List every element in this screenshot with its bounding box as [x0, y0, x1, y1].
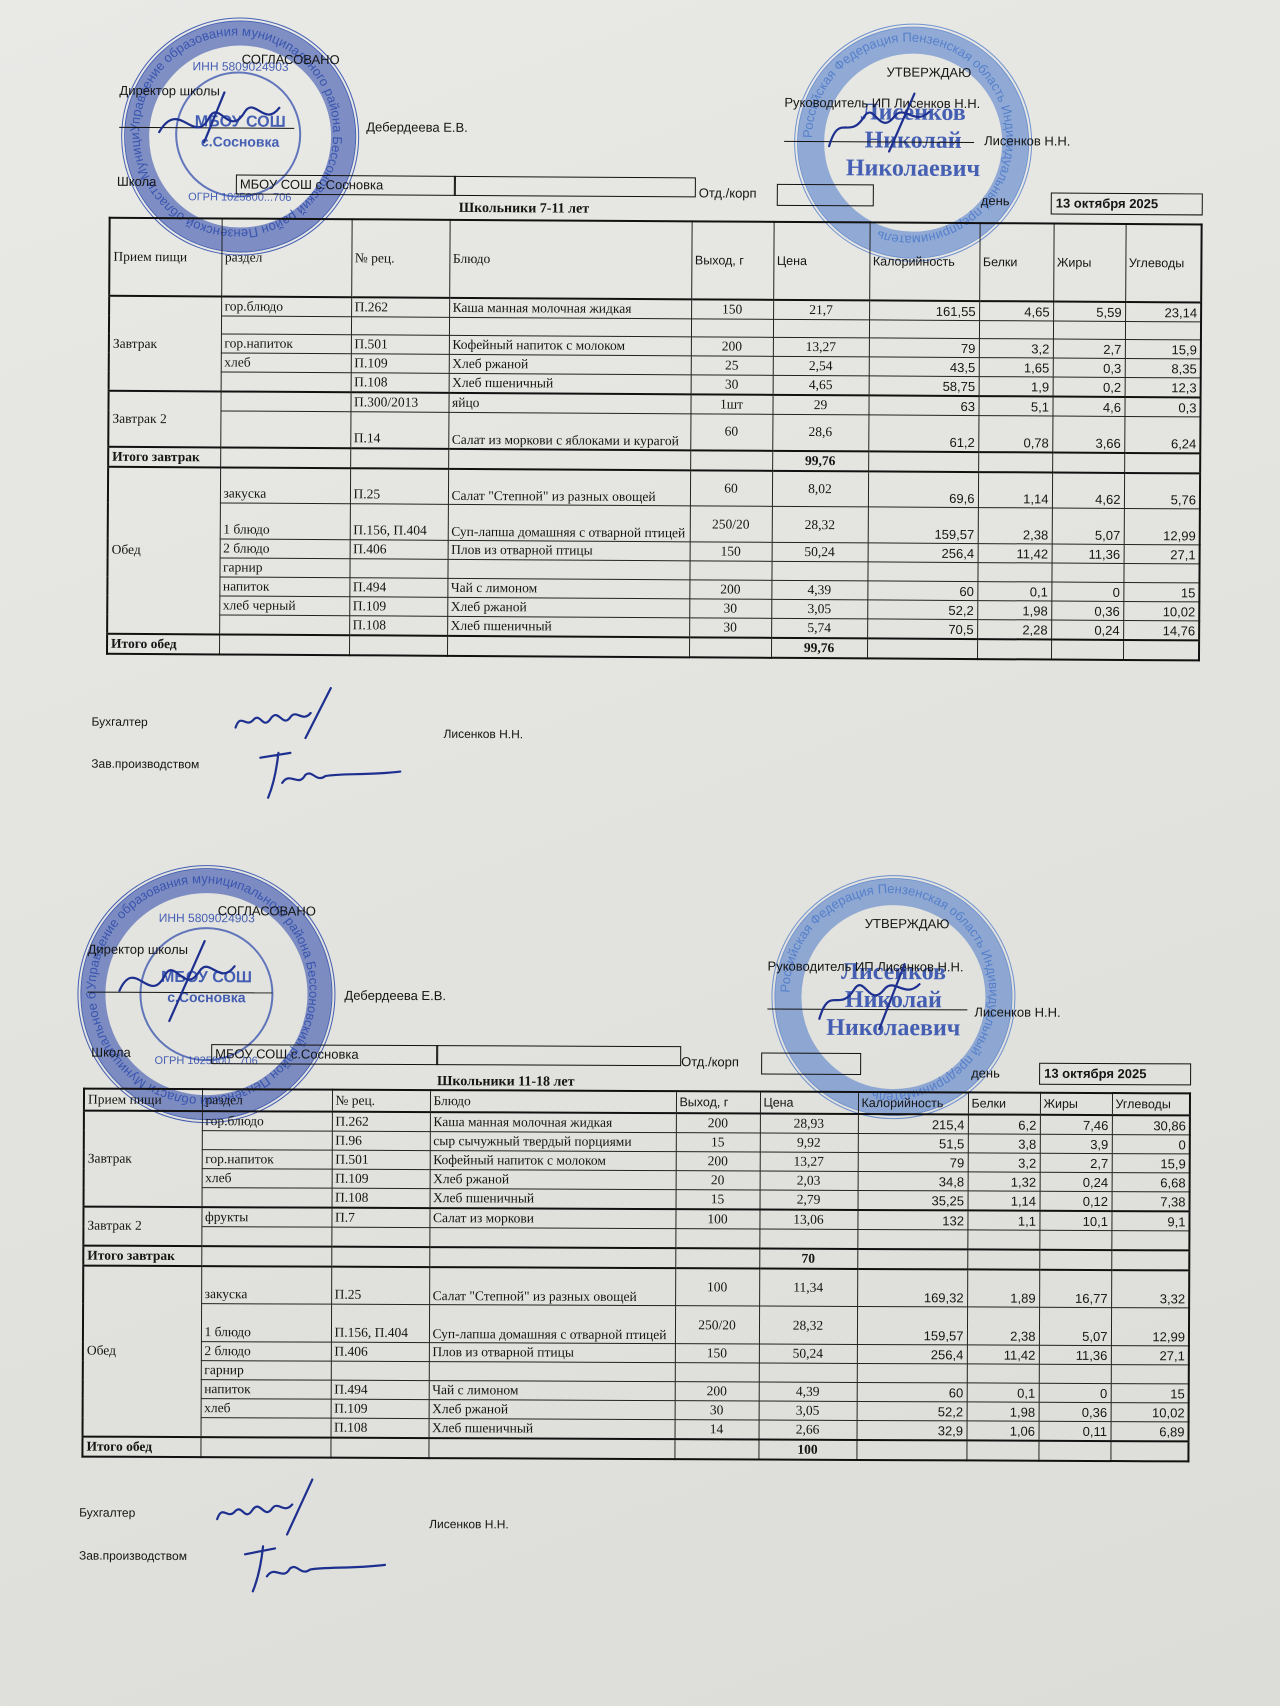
- section-cell: [202, 1131, 332, 1151]
- meal-label: Завтрак: [84, 1111, 202, 1208]
- price-cell: 28,32: [772, 506, 868, 543]
- school-extra-field: [454, 176, 696, 197]
- fat-cell: [1039, 1364, 1111, 1383]
- dish-cell: Хлеб пшеничный: [430, 1189, 676, 1210]
- protein-cell: 2,28: [977, 620, 1051, 640]
- director-name: Дебердеева Е.В.: [366, 119, 468, 135]
- price-cell: 8,02: [772, 470, 868, 507]
- kcal-cell: [857, 1363, 967, 1382]
- fat-cell: 0,36: [1039, 1402, 1111, 1421]
- recipe-cell: П.109: [331, 1399, 429, 1418]
- column-header: Прием пищи: [84, 1089, 202, 1112]
- table-row: 1 блюдоП.156, П.404Суп-лапша домашняя с …: [83, 1303, 1189, 1346]
- fat-cell: 0,2: [1053, 377, 1125, 397]
- approve-heading: УТВЕРЖДАЮ: [865, 916, 950, 931]
- protein-cell: [979, 321, 1053, 339]
- fat-cell: 4,6: [1052, 397, 1124, 417]
- protein-cell: 0,1: [967, 1383, 1039, 1402]
- price-cell: 28,6: [772, 414, 868, 451]
- production-signature: [250, 743, 410, 804]
- dish-cell: Салат "Степной" из разных овощей: [448, 468, 690, 505]
- recipe-cell: П.109: [351, 354, 449, 374]
- kcal-cell: 256,4: [868, 543, 978, 563]
- yield-cell: 60: [690, 470, 772, 507]
- protein-cell: 0,78: [978, 416, 1052, 452]
- section-cell: хлеб: [201, 1399, 331, 1419]
- protein-cell: 3,2: [979, 339, 1053, 358]
- column-header: Прием пищи: [109, 218, 221, 297]
- fat-cell: 5,07: [1039, 1307, 1111, 1345]
- fat-cell: 5,07: [1052, 508, 1124, 544]
- yield-cell: 100: [675, 1268, 759, 1306]
- kcal-cell: 132: [857, 1210, 967, 1230]
- empty-cell: [689, 637, 771, 658]
- dish-cell: Хлеб пшеничный: [429, 1419, 675, 1440]
- dish-cell: Суп-лапша домашняя с отварной птицей: [429, 1305, 675, 1344]
- yield-cell: 15: [676, 1190, 760, 1210]
- empty-cell: [429, 1247, 675, 1268]
- empty-cell: [1038, 1441, 1110, 1461]
- kcal-cell: 61,2: [868, 415, 978, 452]
- recipe-cell: П.494: [349, 578, 447, 598]
- yield-cell: 200: [689, 580, 771, 600]
- dish-cell: Чай с лимоном: [429, 1381, 675, 1401]
- price-cell: 28,32: [759, 1306, 857, 1344]
- section-cell: 1 блюдо: [201, 1304, 331, 1343]
- price-cell: 11,34: [759, 1268, 857, 1306]
- total-label: Итого завтрак: [108, 446, 220, 467]
- column-header: Калорийность: [858, 1092, 968, 1114]
- recipe-cell: П.501: [332, 1150, 430, 1169]
- dish-cell: Суп-лапша домашняя с отварной птицей: [448, 504, 690, 541]
- carbs-cell: [1111, 1231, 1189, 1250]
- dept-label: Отд./корп: [699, 185, 757, 200]
- empty-cell: [868, 451, 978, 472]
- dept-label: Отд./корп: [681, 1054, 739, 1069]
- empty-cell: [200, 1437, 330, 1458]
- price-cell: 50,24: [759, 1344, 857, 1363]
- meal-label: Обед: [83, 1265, 202, 1437]
- head-name: Лисенков Н.Н.: [984, 133, 1070, 149]
- protein-cell: 1,1: [967, 1210, 1039, 1230]
- recipe-cell: [351, 317, 449, 336]
- kcal-cell: 79: [869, 338, 979, 358]
- recipe-cell: П.406: [350, 540, 448, 560]
- column-header: Блюдо: [430, 1090, 676, 1113]
- yield-cell: 30: [689, 618, 771, 638]
- kcal-cell: 58,75: [869, 376, 979, 396]
- total-price: 99,76: [771, 638, 867, 659]
- price-cell: 13,27: [760, 1152, 858, 1171]
- dish-cell: Чай с лимоном: [447, 578, 689, 598]
- menu-table-7-11: Прием пищираздел№ рец.БлюдоВыход, гЦенаК…: [106, 217, 1203, 662]
- price-cell: 13,27: [773, 337, 869, 357]
- section-cell: фрукты: [201, 1207, 331, 1227]
- agreed-heading: СОГЛАСОВАНО: [242, 52, 340, 68]
- section-cell: хлеб: [221, 353, 351, 373]
- dish-cell: Хлеб ржаной: [429, 1400, 675, 1420]
- empty-cell: [674, 1439, 758, 1459]
- day-value: 13 октября 2025: [1056, 196, 1158, 212]
- column-header: Жиры: [1040, 1093, 1112, 1115]
- dish-cell: Каша манная молочная жидкая: [449, 298, 691, 319]
- recipe-cell: П.501: [351, 335, 449, 355]
- fat-cell: 2,7: [1040, 1153, 1112, 1172]
- total-row: Итого обед100: [82, 1437, 1188, 1462]
- price-cell: 4,65: [773, 375, 869, 395]
- protein-cell: 1,89: [967, 1269, 1039, 1307]
- recipe-cell: П.406: [331, 1342, 429, 1361]
- yield-cell: [691, 319, 773, 338]
- fat-cell: 4,62: [1052, 472, 1124, 508]
- school-label: Школа: [91, 1045, 131, 1060]
- carbs-cell: 15,9: [1112, 1154, 1190, 1173]
- day-value: 13 октября 2025: [1044, 1066, 1146, 1081]
- column-header: Углеводы: [1112, 1093, 1190, 1115]
- dept-field: [777, 184, 874, 207]
- kcal-cell: 32,9: [857, 1420, 967, 1440]
- empty-cell: [330, 1438, 428, 1458]
- section-cell: [220, 391, 350, 411]
- section-cell: [221, 316, 351, 335]
- dish-cell: Хлеб ржаной: [449, 354, 691, 374]
- empty-cell: [201, 1246, 331, 1267]
- day-field: 13 октября 2025: [1051, 193, 1203, 216]
- protein-cell: 3,8: [968, 1134, 1040, 1153]
- carbs-cell: 5,76: [1124, 472, 1200, 508]
- recipe-cell: П.109: [349, 597, 447, 617]
- kcal-cell: 256,4: [857, 1344, 967, 1363]
- section-cell: [221, 372, 351, 392]
- carbs-cell: 30,86: [1112, 1115, 1190, 1135]
- section-cell: 1 блюдо: [220, 503, 350, 540]
- meal-label: Завтрак: [109, 296, 222, 392]
- price-cell: 21,7: [773, 300, 869, 320]
- price-cell: 5,74: [771, 618, 867, 638]
- fat-cell: 0,11: [1039, 1421, 1111, 1441]
- yield-cell: [675, 1363, 759, 1382]
- dish-cell: Салат из моркови: [429, 1208, 675, 1229]
- fat-cell: 0,36: [1051, 601, 1123, 620]
- recipe-cell: [331, 1361, 429, 1380]
- yield-cell: 60: [690, 414, 772, 451]
- protein-cell: [967, 1230, 1039, 1249]
- protein-cell: 11,42: [978, 544, 1052, 563]
- dish-cell: Кофейный напиток с молоком: [430, 1151, 676, 1171]
- protein-cell: 3,2: [968, 1153, 1040, 1172]
- recipe-cell: П.25: [331, 1266, 429, 1304]
- fat-cell: 0: [1039, 1383, 1111, 1402]
- section-cell: хлеб: [202, 1169, 332, 1189]
- price-cell: 28,93: [760, 1114, 858, 1134]
- dish-cell: Хлеб ржаной: [430, 1170, 676, 1190]
- recipe-cell: П.25: [350, 468, 448, 505]
- kcal-cell: 169,32: [857, 1268, 967, 1306]
- school-extra-field: [436, 1045, 681, 1066]
- yield-cell: 200: [676, 1152, 760, 1171]
- column-header: Цена: [760, 1092, 858, 1114]
- recipe-cell: П.108: [351, 373, 449, 393]
- column-header: Блюдо: [449, 220, 691, 299]
- empty-cell: [1052, 452, 1124, 472]
- recipe-cell: П.108: [349, 616, 447, 636]
- empty-cell: [977, 639, 1051, 659]
- protein-cell: 5,1: [978, 396, 1052, 416]
- school-field: МБОУ СОШ с.Сосновка: [211, 1044, 438, 1065]
- protein-cell: 1,98: [967, 1402, 1039, 1421]
- kcal-cell: 159,57: [857, 1306, 967, 1344]
- fat-cell: 0,24: [1051, 620, 1123, 640]
- column-header: Выход, г: [676, 1091, 760, 1113]
- price-cell: 2,03: [760, 1171, 858, 1190]
- yield-cell: 20: [676, 1171, 760, 1190]
- kcal-cell: 69,6: [868, 471, 978, 508]
- recipe-cell: П.14: [350, 412, 448, 449]
- section-cell: хлеб черный: [219, 596, 349, 616]
- recipe-cell: П.108: [331, 1418, 429, 1438]
- section-cell: напиток: [219, 577, 349, 597]
- yield-cell: [689, 561, 771, 581]
- yield-cell: 100: [675, 1209, 759, 1229]
- protein-cell: 11,42: [967, 1345, 1039, 1364]
- section-cell: [220, 411, 350, 448]
- section-cell: гор.напиток: [202, 1150, 332, 1170]
- empty-cell: [978, 452, 1052, 472]
- section-cell: [201, 1418, 331, 1438]
- price-cell: 3,05: [771, 599, 867, 619]
- protein-cell: 4,65: [979, 301, 1053, 321]
- dish-cell: [429, 1362, 675, 1382]
- protein-cell: 1,06: [967, 1421, 1039, 1441]
- empty-cell: [966, 1440, 1038, 1460]
- recipe-cell: П.96: [332, 1131, 430, 1150]
- empty-cell: [856, 1440, 966, 1460]
- yield-cell: 250/20: [675, 1306, 759, 1344]
- empty-cell: [675, 1248, 759, 1268]
- dept-field: [761, 1053, 861, 1075]
- head-signature: [809, 959, 929, 1040]
- dish-cell: Салат из моркови с яблоками и курагой: [448, 412, 690, 449]
- protein-cell: 6,2: [968, 1114, 1040, 1134]
- price-cell: [759, 1229, 857, 1248]
- table-header-row: Прием пищираздел№ рец.БлюдоВыход, гЦенаК…: [109, 218, 1201, 303]
- price-cell: 2,54: [773, 356, 869, 376]
- section-cell: гор.напиток: [221, 334, 351, 354]
- menu-sheet-7-11: Управление образования муниципального ра…: [0, 0, 1280, 4]
- section-cell: гарнир: [219, 558, 349, 578]
- agreed-heading: СОГЛАСОВАНО: [218, 903, 316, 918]
- section-cell: [202, 1188, 332, 1208]
- kcal-cell: 60: [867, 581, 977, 601]
- empty-cell: [1123, 640, 1199, 660]
- dish-cell: сыр сычужный твердый порциями: [430, 1132, 676, 1152]
- yield-cell: 1шт: [690, 394, 772, 414]
- fat-cell: [1039, 1230, 1111, 1249]
- school-value: МБОУ СОШ с.Сосновка: [240, 177, 383, 193]
- kcal-cell: 34,8: [858, 1171, 968, 1190]
- accountant-name: Лисенков Н.Н.: [429, 1517, 509, 1531]
- price-cell: 9,92: [760, 1133, 858, 1152]
- age-group-title: Школьники 7-11 лет: [459, 201, 590, 218]
- section-cell: [201, 1227, 331, 1247]
- kcal-cell: [857, 1229, 967, 1248]
- price-cell: [773, 319, 869, 338]
- protein-cell: 1,14: [978, 472, 1052, 508]
- empty-cell: [220, 447, 350, 468]
- carbs-cell: 3,32: [1111, 1270, 1189, 1308]
- total-price: 100: [758, 1440, 856, 1460]
- yield-cell: 30: [691, 375, 773, 395]
- dish-cell: [449, 317, 691, 336]
- protein-cell: 1,32: [968, 1172, 1040, 1191]
- carbs-cell: 0: [1112, 1135, 1190, 1154]
- carbs-cell: 6,68: [1112, 1173, 1190, 1192]
- empty-cell: [350, 448, 448, 469]
- price-cell: 2,66: [759, 1420, 857, 1440]
- approve-heading: УТВЕРЖДАЮ: [887, 65, 972, 81]
- dish-cell: [447, 559, 689, 579]
- yield-cell: 30: [689, 599, 771, 619]
- column-header: Калорийность: [869, 222, 979, 301]
- meal-label: Завтрак 2: [108, 391, 220, 447]
- column-header: Жиры: [1053, 224, 1125, 302]
- yield-cell: 15: [676, 1133, 760, 1152]
- dish-cell: [429, 1228, 675, 1248]
- yield-cell: 200: [676, 1113, 760, 1133]
- kcal-cell: [867, 562, 977, 582]
- yield-cell: 150: [675, 1344, 759, 1363]
- carbs-cell: 10,02: [1111, 1403, 1189, 1422]
- yield-cell: 200: [675, 1382, 759, 1401]
- fat-cell: 16,77: [1039, 1269, 1111, 1307]
- section-cell: [219, 615, 349, 635]
- dish-cell: Хлеб пшеничный: [449, 373, 691, 394]
- recipe-cell: П.494: [331, 1380, 429, 1399]
- carbs-cell: 7,38: [1112, 1192, 1190, 1212]
- total-price: 99,76: [772, 450, 868, 471]
- recipe-cell: [349, 559, 447, 579]
- empty-cell: [690, 450, 772, 471]
- recipe-cell: П.156, П.404: [331, 1304, 429, 1342]
- carbs-cell: 12,99: [1124, 508, 1200, 544]
- recipe-cell: П.262: [332, 1112, 430, 1132]
- empty-cell: [967, 1249, 1039, 1269]
- fat-cell: 11,36: [1039, 1345, 1111, 1364]
- total-label: Итого обед: [82, 1437, 200, 1458]
- yield-cell: 25: [691, 356, 773, 376]
- yield-cell: 150: [690, 542, 772, 562]
- menu-sheet-11-18: Управление образования муниципального ра…: [0, 865, 1280, 871]
- protein-cell: [967, 1364, 1039, 1383]
- carbs-cell: 10,02: [1123, 601, 1199, 620]
- price-cell: 4,39: [771, 580, 867, 600]
- meal-label: Обед: [107, 466, 220, 634]
- column-header: раздел: [221, 218, 351, 297]
- dish-cell: Плов из отварной птицы: [448, 540, 690, 560]
- price-cell: 4,39: [759, 1382, 857, 1401]
- recipe-cell: П.262: [351, 297, 449, 317]
- meal-label: Завтрак 2: [83, 1207, 201, 1246]
- protein-cell: 1,65: [979, 358, 1053, 377]
- director-signature: [109, 936, 249, 1027]
- fat-cell: 7,46: [1040, 1115, 1112, 1135]
- head-name: Лисенков Н.Н.: [974, 1004, 1060, 1019]
- production-signature: [235, 1534, 395, 1595]
- dish-cell: яйцо: [448, 393, 690, 414]
- protein-cell: 1,14: [968, 1191, 1040, 1211]
- accountant-name: Лисенков Н.Н.: [443, 727, 523, 741]
- section-cell: гор.блюдо: [221, 296, 351, 316]
- kcal-cell: 51,5: [858, 1133, 968, 1152]
- dish-cell: Салат "Степной" из разных овощей: [429, 1267, 675, 1306]
- price-cell: 29: [772, 395, 868, 415]
- fat-cell: [1051, 563, 1123, 582]
- fat-cell: 5,59: [1053, 302, 1125, 322]
- fat-cell: 0,3: [1053, 358, 1125, 377]
- column-header: Выход, г: [691, 221, 773, 299]
- protein-cell: 2,38: [967, 1307, 1039, 1345]
- empty-cell: [219, 634, 349, 655]
- price-cell: 50,24: [772, 542, 868, 562]
- kcal-cell: [869, 320, 979, 339]
- table-row: ОбедзакускаП.25Салат "Степной" из разных…: [83, 1265, 1189, 1308]
- kcal-cell: 63: [868, 395, 978, 415]
- empty-cell: [1051, 640, 1123, 660]
- fat-cell: 11,36: [1052, 544, 1124, 563]
- production-label: Зав.производством: [79, 1549, 187, 1563]
- carbs-cell: 23,14: [1125, 302, 1201, 322]
- column-header: Белки: [968, 1092, 1040, 1114]
- kcal-cell: 215,4: [858, 1114, 968, 1134]
- menu-table-11-18: Прием пищираздел№ рец.БлюдоВыход, гЦенаК…: [81, 1088, 1191, 1463]
- kcal-cell: 159,57: [868, 507, 978, 544]
- recipe-cell: [331, 1227, 429, 1246]
- price-cell: [771, 561, 867, 581]
- section-cell: закуска: [201, 1266, 331, 1305]
- section-cell: гарнир: [201, 1361, 331, 1381]
- recipe-cell: П.109: [332, 1169, 430, 1188]
- fat-cell: 3,66: [1052, 416, 1124, 452]
- empty-cell: [349, 635, 447, 656]
- price-cell: 3,05: [759, 1401, 857, 1420]
- head-signature: [819, 91, 939, 162]
- column-header: № рец.: [332, 1090, 430, 1112]
- carbs-cell: 9,1: [1111, 1211, 1189, 1231]
- empty-cell: [428, 1438, 674, 1459]
- empty-cell: [857, 1248, 967, 1268]
- empty-cell: [447, 636, 689, 657]
- director-signature: [149, 87, 289, 158]
- fat-cell: 0: [1051, 582, 1123, 601]
- fat-cell: 10,1: [1039, 1211, 1111, 1231]
- kcal-cell: 161,55: [869, 300, 979, 320]
- price-cell: 2,79: [760, 1190, 858, 1210]
- protein-cell: 1,9: [979, 377, 1053, 397]
- carbs-cell: [1125, 321, 1201, 339]
- empty-cell: [1110, 1441, 1188, 1461]
- total-price: 70: [759, 1248, 857, 1268]
- yield-cell: 14: [675, 1420, 759, 1440]
- kcal-cell: 52,2: [857, 1401, 967, 1420]
- column-header: Белки: [979, 223, 1053, 301]
- carbs-cell: 15: [1111, 1384, 1189, 1403]
- protein-cell: [977, 563, 1051, 582]
- production-label: Зав.производством: [91, 757, 199, 772]
- carbs-cell: 27,1: [1124, 544, 1200, 563]
- fat-cell: 3,9: [1040, 1134, 1112, 1153]
- kcal-cell: 52,2: [867, 600, 977, 620]
- school-value: МБОУ СОШ с.Сосновка: [215, 1046, 358, 1062]
